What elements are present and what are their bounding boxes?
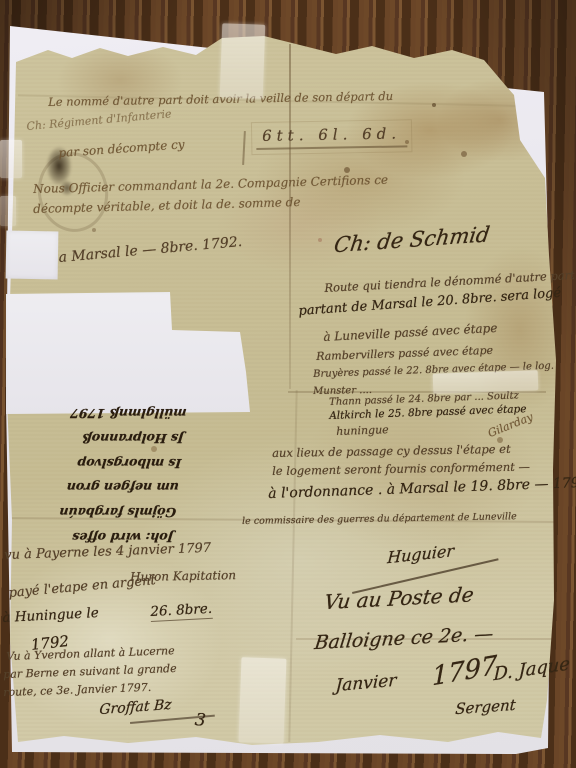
photo-scene: Le nommé d'autre part doit avoir la veil… — [0, 0, 576, 768]
german-line: um nefgen gron — [0, 478, 180, 496]
tape-strip-top — [220, 23, 266, 98]
hw-header-line2: Ch: Régiment d'Infanterie — [26, 107, 172, 133]
tape-strip-right — [433, 370, 539, 394]
german-kurrent-note: Joh: wird offes Göjmls fargbaún um nefge… — [0, 404, 187, 546]
german-line: Js Holprannoß — [5, 429, 185, 447]
hw-signature-schmid: Ch: de Schmid — [333, 222, 492, 257]
tape-strip-left-upper — [0, 140, 22, 178]
hw-route-line4: Rambervillers passé avec étape — [316, 344, 493, 363]
hw-yverdon-line2: par Berne en suivant la grande — [3, 662, 177, 681]
hw-signature-huguier: Huguier — [387, 541, 455, 567]
hw-signature-yverdon: Groffat Bz — [99, 697, 172, 718]
hw-passage-line1: aux lieux de passage cy dessus l'étape e… — [272, 442, 511, 460]
german-line: Is mlborgslvop — [2, 454, 182, 472]
hw-poste-name: D. Jaque — [493, 653, 570, 685]
hw-yverdon-flourish: 3 — [194, 710, 207, 731]
hw-marsal-date: a Marsal le — 8bre. 1792. — [58, 234, 243, 266]
tape-strip-bottom — [239, 657, 287, 744]
german-line: Göjmls fargbaún — [0, 503, 177, 521]
tape-strip-left-lower — [0, 196, 16, 226]
hw-route-line3: à Luneville passé avec étape — [323, 321, 498, 344]
hw-poste-rank: Sergent — [455, 696, 517, 718]
hw-cert-line1: Nous Officier commandant la 2e. Compagni… — [33, 173, 388, 196]
hw-yverdon-line3: route, ce 3e. Janvier 1797. — [3, 681, 151, 699]
german-line: müllglmnß 1797 — [8, 404, 188, 422]
hw-amount: 6tt. 6l. 6d. — [256, 124, 407, 150]
hw-route-line9: huningue — [336, 423, 389, 438]
hw-header-line3: par son décompte cy — [58, 137, 185, 160]
hw-poste-line1: Vu au Poste de — [323, 582, 475, 614]
hw-etape-date: 26. 8bre. — [150, 601, 213, 622]
hw-passage-line3: à l'ordonnance . à Marsal le 19. 8bre — … — [268, 475, 576, 502]
hw-poste-janvier: Janvier — [335, 671, 397, 696]
hw-passage-line2: le logement seront fournis conformément … — [272, 459, 530, 477]
hw-etape-line1: payé l'etape en argent — [8, 573, 156, 601]
hw-etape-line2: à Huningue le — [2, 605, 99, 626]
hw-poste-line2: Balloigne ce 2e. — — [313, 623, 494, 655]
hw-commissaire-line: le commissaire des guerres du départemen… — [242, 511, 517, 527]
hw-cert-line2: décompte véritable, et doit la de. somme… — [33, 195, 301, 216]
hw-poste-year: 1797 — [432, 651, 497, 693]
